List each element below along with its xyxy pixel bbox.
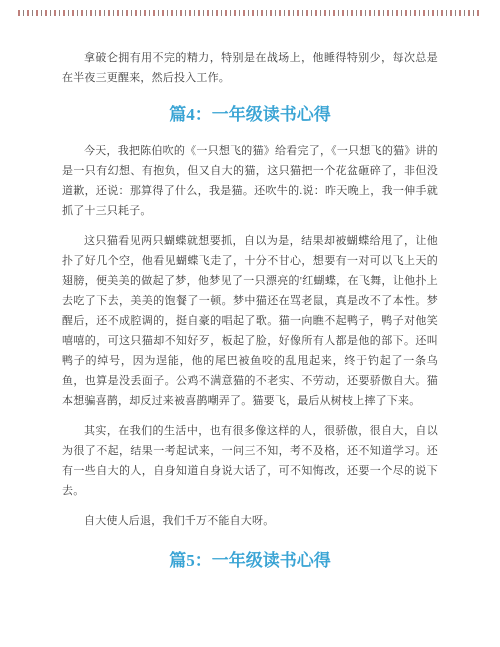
section4-paragraph-3: 其实，在我们的生活中，也有很多像这样的人，很骄傲，很自大，自以为很了不起，结果一… (62, 421, 438, 501)
top-decorative-border (18, 10, 482, 16)
section4-paragraph-1: 今天，我把陈伯吹的《一只想飞的猫》给看完了，《一只想飞的猫》讲的是一只有幻想、有… (62, 141, 438, 221)
section4-paragraph-2: 这只猫看见两只蝴蝶就想要抓，自以为是，结果却被蝴蝶给甩了，让他扑了好几个空，他看… (62, 231, 438, 411)
intro-paragraph: 拿破仑拥有用不完的精力，特别是在战场上，他睡得特别少，每次总是在半夜三更醒来，然… (62, 48, 438, 88)
section4-paragraph-4: 自大使人后退，我们千万不能自大呀。 (62, 511, 438, 531)
document-page: 拿破仑拥有用不完的精力，特别是在战场上，他睡得特别少，每次总是在半夜三更醒来，然… (0, 0, 500, 647)
section-heading-4: 篇4：一年级读书心得 (62, 102, 438, 128)
section-heading-5: 篇5：一年级读书心得 (62, 548, 438, 574)
